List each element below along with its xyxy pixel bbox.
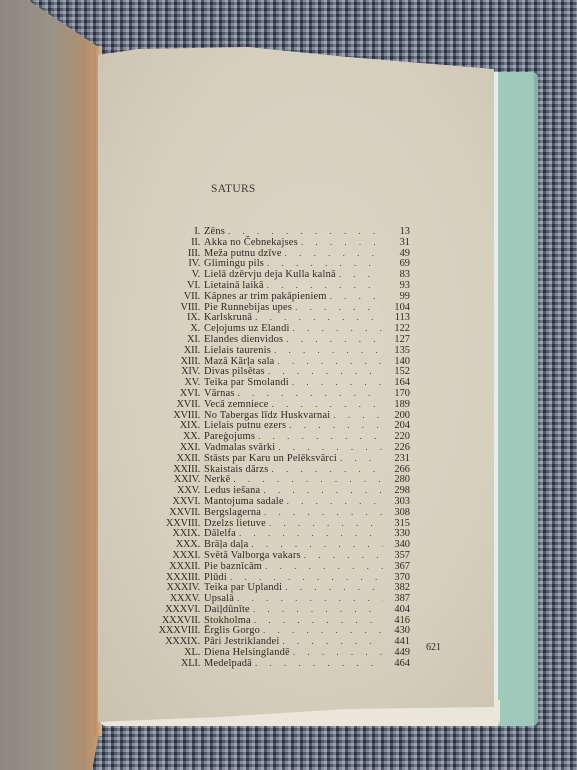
dot-leader (274, 345, 383, 356)
dot-leader (278, 356, 384, 367)
chapter-page: 308 (386, 508, 410, 519)
left-page-cover (0, 0, 100, 770)
toc-entry: XXXI.Svētā Valborga vakars357 (138, 550, 410, 561)
dot-leader (263, 625, 383, 636)
chapter-number: XXXII. (138, 562, 204, 573)
toc-entry: XIX.Lielais putnu ezers204 (138, 420, 410, 431)
toc-entry: IV.Glimingu pils69 (138, 258, 410, 269)
toc-entry: XXII.Stāsts par Karu un Pelēksvārci231 (138, 453, 410, 464)
toc-entry: XXVIII.Dzelzs lietuve315 (138, 518, 410, 529)
dot-leader (269, 518, 383, 529)
toc-entry: VII.Kāpnes ar trim pakāpieniem99 (138, 291, 410, 302)
chapter-page: 31 (386, 238, 410, 249)
dot-leader (228, 226, 383, 237)
dot-leader (292, 377, 383, 388)
dot-leader (254, 615, 383, 626)
dot-leader (278, 442, 383, 453)
toc-entry: XIV.Divas pilsētas152 (138, 366, 410, 377)
table-of-contents: I.Zēns13II.Akka no Čebnekajses31III.Meža… (138, 226, 410, 669)
toc-entry: XXXIX.Pāri Jestriklandei441 (138, 636, 410, 647)
toc-entry: XXVI.Mantojuma sadale303 (138, 496, 410, 507)
dot-leader (238, 388, 383, 399)
toc-entry: X.Ceļojums uz Elandi122 (138, 323, 410, 334)
toc-entry: XXXIV.Teika par Uplandi382 (138, 582, 410, 593)
page-title: SATURS (211, 183, 256, 195)
chapter-title: Bergslagerna (204, 508, 261, 519)
dot-leader (265, 561, 383, 572)
toc-entry: XL.Diena Helsinglandē449 (138, 647, 410, 658)
dot-leader (293, 647, 383, 658)
chapter-page: 135 (386, 346, 410, 357)
chapter-page: 367 (386, 562, 410, 573)
toc-entry: I.Zēns13 (138, 226, 410, 237)
dot-leader (264, 507, 383, 518)
chapter-number: XVII. (138, 400, 204, 411)
dot-leader (330, 291, 383, 302)
toc-entry: XIII.Mazā Kārļa sala140 (138, 356, 410, 367)
toc-entry: II.Akka no Čebnekajses31 (138, 237, 410, 248)
dot-leader (239, 528, 383, 539)
dot-leader (282, 636, 383, 647)
dot-leader (263, 485, 383, 496)
dot-leader (304, 550, 383, 561)
toc-entry: XII.Lielais taurenis135 (138, 345, 410, 356)
toc-entry: XVII.Vecā zemniece189 (138, 399, 410, 410)
dot-leader (253, 604, 383, 615)
toc-entry: XLI.Medelpadā464 (138, 658, 410, 669)
chapter-title: Medelpadā (204, 659, 252, 670)
dot-leader (333, 410, 383, 421)
toc-entry: XV.Teika par Smolandi164 (138, 377, 410, 388)
chapter-page: 99 (386, 292, 410, 303)
toc-entry: V.Lielā dzērvju deja Kulla kalnā83 (138, 269, 410, 280)
toc-entry: IX.Karlskrunā113 (138, 312, 410, 323)
toc-entry: XI.Elandes dienvidos127 (138, 334, 410, 345)
chapter-number: VII. (138, 292, 204, 303)
dot-leader (285, 248, 383, 259)
dot-leader (271, 464, 383, 475)
toc-entry: XXVII.Bergslagerna308 (138, 507, 410, 518)
toc-entry: XXXVI.Daiļdūnīte404 (138, 604, 410, 615)
chapter-number: II. (138, 238, 204, 249)
dot-leader (255, 658, 383, 669)
dot-leader (340, 453, 383, 464)
book-page: SATURS I.Zēns13II.Akka no Čebnekajses31I… (98, 47, 494, 722)
toc-entry: VIII.Pie Runnebijas upes104 (138, 302, 410, 313)
dot-leader (301, 237, 383, 248)
toc-entry: XXIV.Nerkē280 (138, 474, 410, 485)
toc-entry: XXV.Ledus iešana298 (138, 485, 410, 496)
toc-entry: XVIII.No Tabergas līdz Huskvarnai200 (138, 410, 410, 421)
dot-leader (255, 312, 383, 323)
chapter-title: Vecā zemniece (204, 400, 269, 411)
dot-leader (233, 474, 383, 485)
toc-entry: XVI.Vārnas170 (138, 388, 410, 399)
toc-entry: XXXV.Upsalā387 (138, 593, 410, 604)
toc-entry: III.Meža putnu dzīve49 (138, 248, 410, 259)
dot-leader (272, 399, 383, 410)
dot-leader (237, 593, 383, 604)
dot-leader (339, 269, 383, 280)
chapter-title: Lielais taurenis (204, 346, 271, 357)
dot-leader (267, 258, 383, 269)
dot-leader (230, 572, 383, 583)
page-number: 621 (426, 642, 441, 653)
dot-leader (268, 366, 383, 377)
chapter-number: XLI. (138, 659, 204, 670)
toc-entry: XXX.Brāļa daļa340 (138, 539, 410, 550)
toc-entry: XXXVIII.Ērglis Gorgo430 (138, 625, 410, 636)
toc-entry: XXXIII.Plūdi370 (138, 572, 410, 583)
chapter-page: 189 (386, 400, 410, 411)
toc-entry: XXIX.Dālelfa330 (138, 528, 410, 539)
toc-entry: XXIII.Skaistais dārzs266 (138, 464, 410, 475)
dot-leader (267, 280, 383, 291)
chapter-number: XII. (138, 346, 204, 357)
dot-leader (287, 496, 383, 507)
dot-leader (286, 334, 383, 345)
toc-entry: XX.Pareģojums220 (138, 431, 410, 442)
toc-entry: XXI.Vadmalas svārki226 (138, 442, 410, 453)
dot-leader (251, 539, 383, 550)
chapter-page: 464 (386, 659, 410, 670)
toc-entry: XXXII.Pie baznīcām367 (138, 561, 410, 572)
dot-leader (258, 431, 383, 442)
dot-leader (285, 582, 383, 593)
dot-leader (293, 323, 383, 334)
chapter-number: XXVII. (138, 508, 204, 519)
dot-leader (289, 420, 383, 431)
chapter-number: XXII. (138, 454, 204, 465)
toc-entry: XXXVII.Stokholma416 (138, 615, 410, 626)
book-cover-edge (488, 72, 538, 726)
chapter-page: 231 (386, 454, 410, 465)
toc-entry: VI.Lietainā laikā93 (138, 280, 410, 291)
dot-leader (295, 302, 383, 313)
